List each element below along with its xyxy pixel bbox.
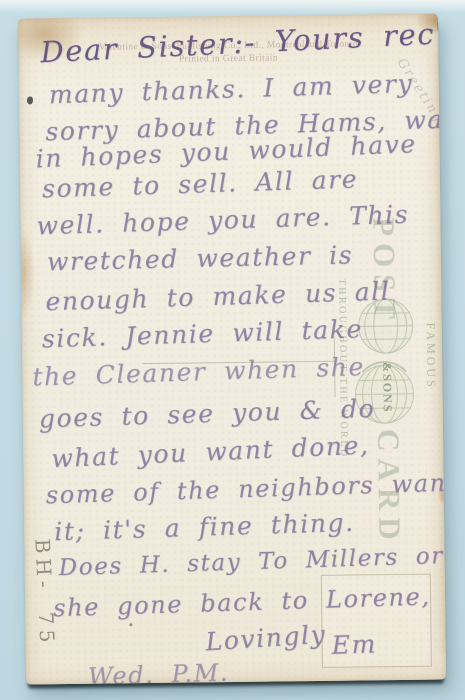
handwriting-line: many thanks. I am very xyxy=(48,69,413,109)
dateline-note: Wed. P.M. xyxy=(88,658,230,684)
trademark-famous-text: FAMOUS xyxy=(423,322,439,389)
signature-closing: Lovingly xyxy=(205,620,327,657)
dealer-pencil-code: BH- 75 xyxy=(30,538,59,648)
postcard: Valentine & Sons' Publishing Co., Ltd., … xyxy=(18,13,446,684)
handwriting-line: it; it's a fine thing. xyxy=(54,508,355,546)
postcard-scan: Valentine & Sons' Publishing Co., Ltd., … xyxy=(0,0,465,700)
ink-dot xyxy=(129,623,132,626)
handwriting-line: well. hope you are. This xyxy=(36,200,409,241)
handwriting-line: wretched weather is xyxy=(47,240,354,276)
trademark-sons-text: &SONS xyxy=(379,362,395,414)
handwriting-line: what you want done, xyxy=(51,430,370,473)
handwriting-line: sick. Jennie will take xyxy=(41,314,363,353)
handwriting-line: the Cleaner when she xyxy=(32,352,365,391)
handwriting-line: goes to see you & do xyxy=(38,394,375,434)
paper-speck xyxy=(27,96,33,104)
edge-stain xyxy=(18,228,36,318)
signature-name: Em xyxy=(331,629,377,659)
